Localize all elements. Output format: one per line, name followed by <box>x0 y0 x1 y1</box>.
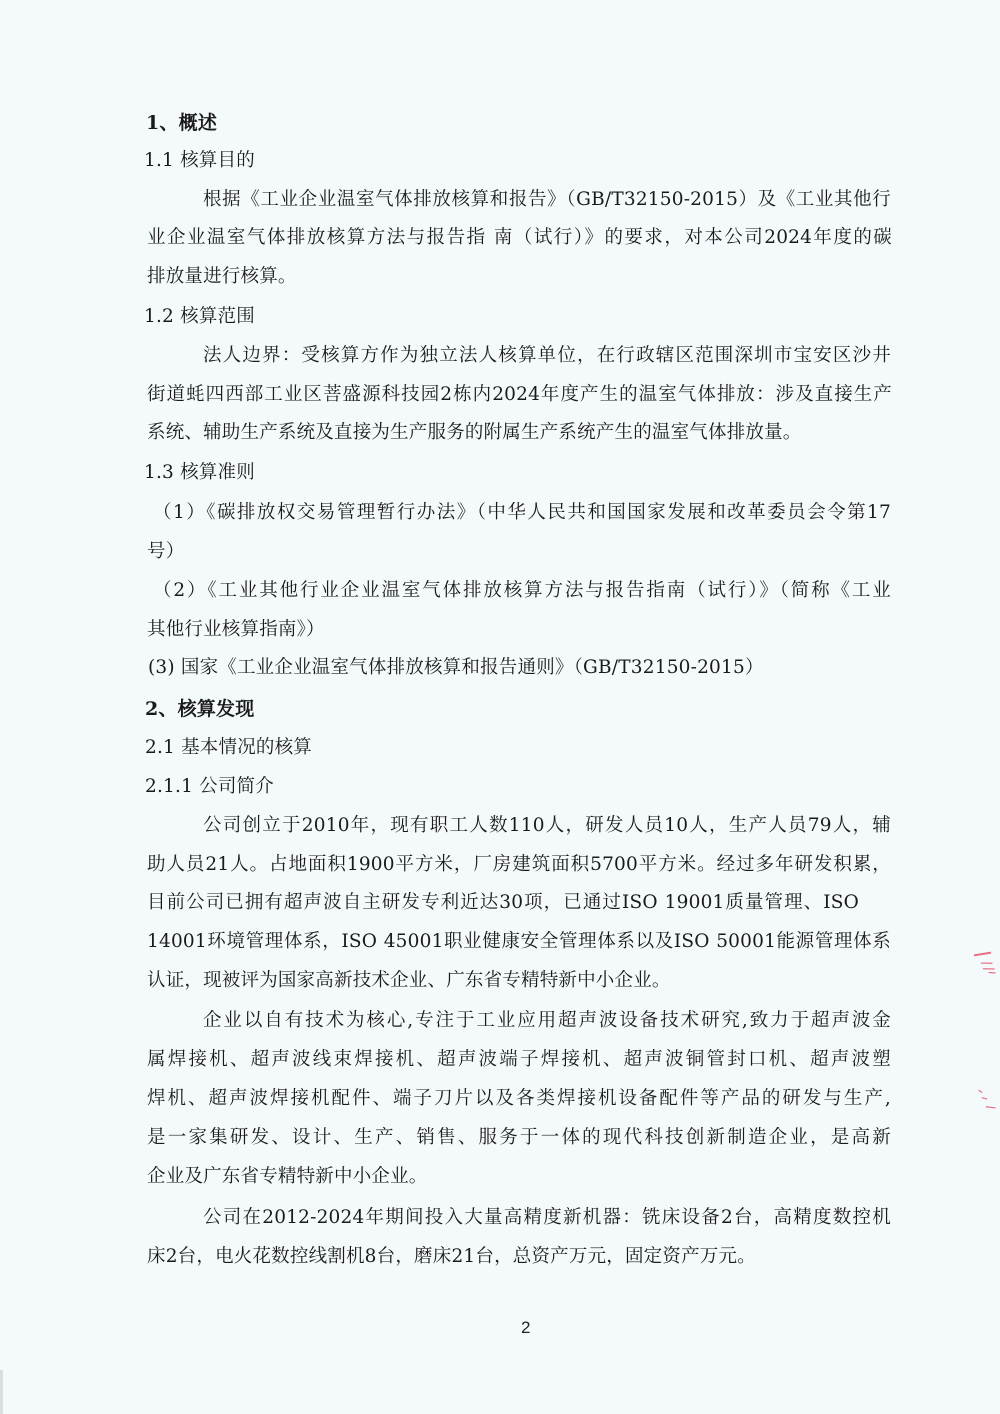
paragraph-line: 公司在2012-2024年期间投入大量高精度新机器：铣床设备2台，高精度数控机 <box>203 1206 891 1230</box>
subsection-heading-scope: 1.2 核算范围 <box>144 305 255 329</box>
section-heading-overview: 1、概述 <box>146 111 217 135</box>
criteria-item-2-cont: 其他行业核算指南》） <box>147 618 325 642</box>
paragraph-line: 床2台，电火花数控线割机8台，磨床21台，总资产万元，固定资产万元。 <box>147 1245 756 1269</box>
criteria-item-3: (3) 国家《工业企业温室气体排放核算和报告通则》（GB/T32150-2015… <box>148 656 764 680</box>
paragraph-line: 公司创立于2010年，现有职工人数110人，研发人员10人，生产人员79人，辅 <box>203 814 891 838</box>
paragraph-line: 认证，现被评为国家高新技术企业、广东省专精特新中小企业。 <box>147 969 671 993</box>
paragraph-line: 企业及广东省专精特新中小企业。 <box>147 1165 428 1189</box>
section-heading-findings: 2、核算发现 <box>145 697 254 721</box>
criteria-item-1: （1）《碳排放权交易管理暂行办法》（中华人民共和国国家发展和改革委员会令第17 <box>153 501 891 525</box>
criteria-item-1-cont: 号） <box>147 540 184 564</box>
subsection-heading-criteria: 1.3 核算准则 <box>144 461 255 485</box>
paragraph-line: 属焊接机、超声波线束焊接机、超声波端子焊接机、超声波铜管封口机、超声波塑 <box>147 1048 891 1072</box>
paragraph-line: 焊机、超声波焊接机配件、端子刀片以及各类焊接机设备配件等产品的研发与生产, <box>147 1087 891 1111</box>
subsection-heading-company-profile: 2.1.1 公司简介 <box>145 775 274 799</box>
scan-edge <box>0 1370 3 1414</box>
paragraph-line: 目前公司已拥有超声波自主研发专利近达30项，已通过ISO 19001质量管理、I… <box>147 891 859 915</box>
paragraph-line: 企业以自有技术为核心,专注于工业应用超声波设备技术研究,致力于超声波金 <box>203 1009 891 1033</box>
seal-stamp-fragment-icon <box>970 943 1000 991</box>
seal-stamp-fragment-icon <box>970 1078 1000 1126</box>
paragraph-line: 是一家集研发、设计、生产、销售、服务于一体的现代科技创新制造企业，是高新 <box>147 1126 891 1150</box>
page-number: 2 <box>521 1318 530 1338</box>
document-page: 1、概述 1.1 核算目的 根据《工业企业温室气体排放核算和报告》（GB/T32… <box>0 0 1000 1414</box>
criteria-item-2: （2）《工业其他行业企业温室气体排放核算方法与报告指南（试行）》（简称《工业 <box>153 579 891 603</box>
paragraph-line: 业企业温室气体排放核算方法与报告指 南（试行）》的要求，对本公司2024年度的碳 <box>147 226 892 250</box>
paragraph-line: 法人边界：受核算方作为独立法人核算单位，在行政辖区范围深圳市宝安区沙井 <box>203 344 891 368</box>
paragraph-line: 根据《工业企业温室气体排放核算和报告》（GB/T32150-2015）及《工业其… <box>203 188 891 212</box>
paragraph-line: 系统、辅助生产系统及直接为生产服务的附属生产系统产生的温室气体排放量。 <box>147 421 802 445</box>
subsection-heading-purpose: 1.1 核算目的 <box>144 149 255 173</box>
paragraph-line: 助人员21人。占地面积1900平方米，厂房建筑面积5700平方米。经过多年研发积… <box>147 853 891 877</box>
paragraph-line: 街道蚝四西部工业区菩盛源科技园2栋内2024年度产生的温室气体排放：涉及直接生产 <box>147 383 892 407</box>
subsection-heading-basic-info: 2.1 基本情况的核算 <box>145 736 312 760</box>
paragraph-line: 14001环境管理体系，ISO 45001职业健康安全管理体系以及ISO 500… <box>147 930 891 954</box>
paragraph-line: 排放量进行核算。 <box>147 265 297 289</box>
